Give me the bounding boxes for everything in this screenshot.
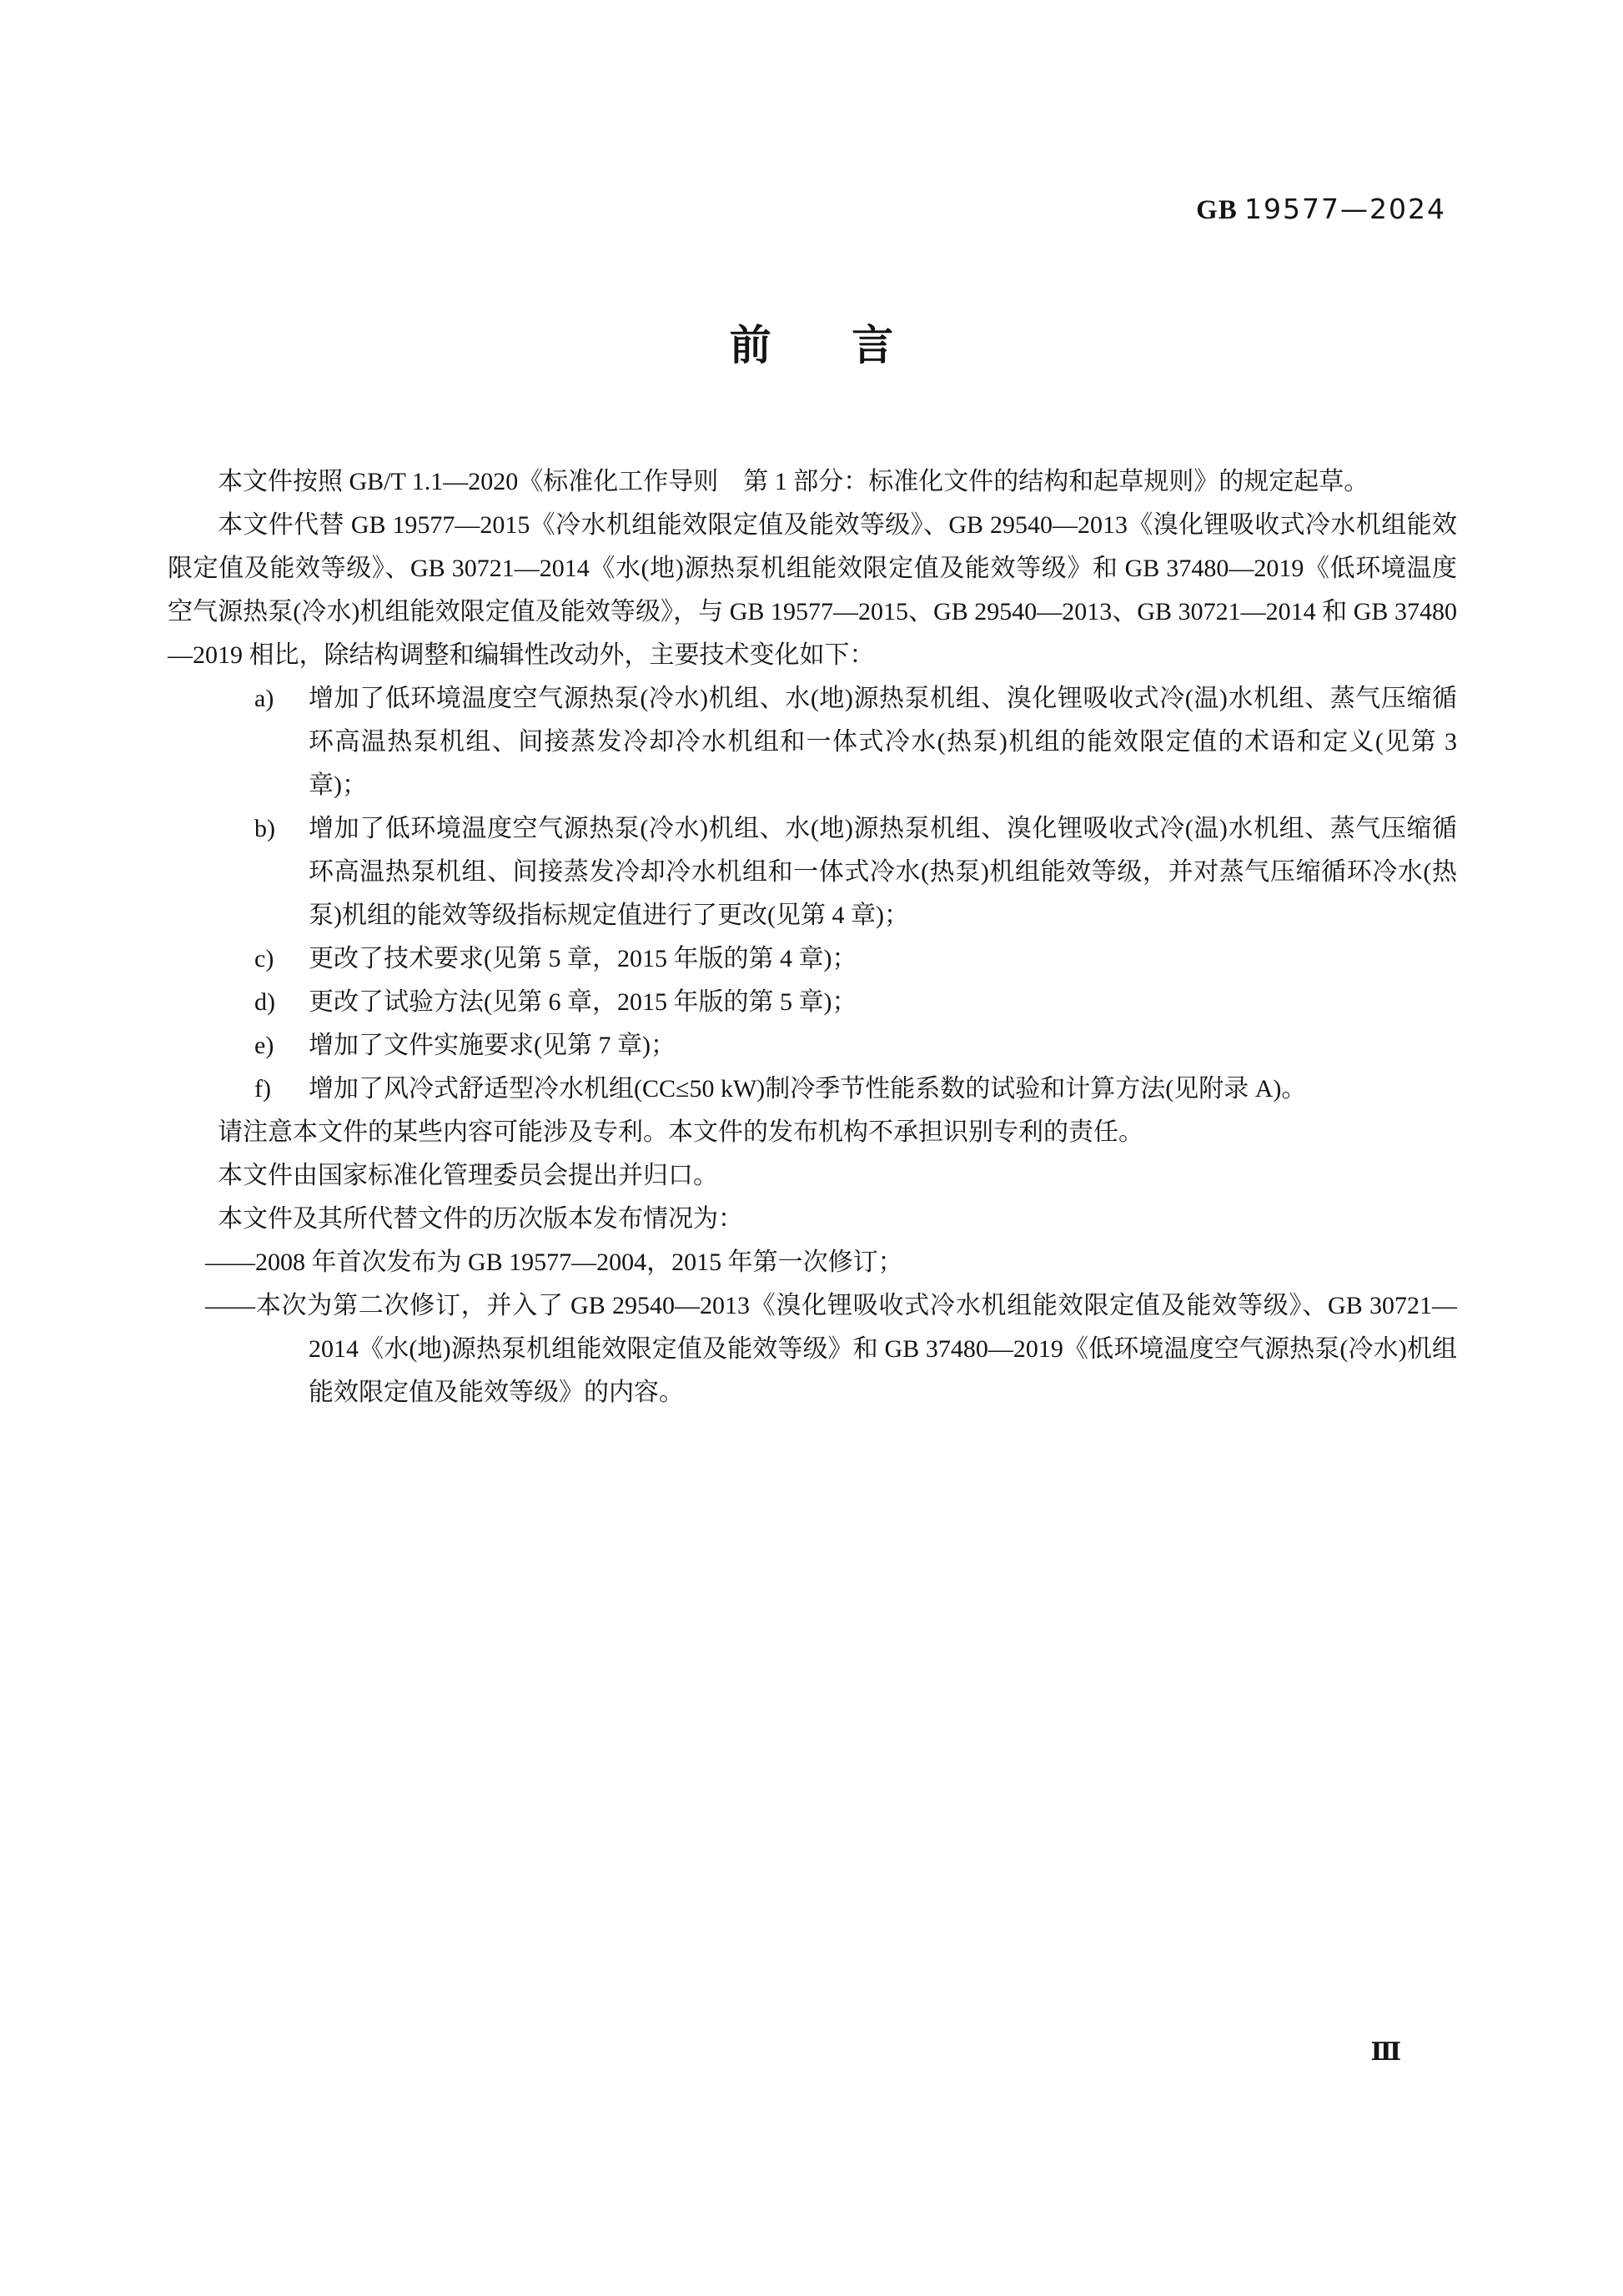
page-title-foreword: 前 言 (0, 320, 1623, 370)
change-item-d: d) 更改了试验方法(见第 6 章，2015 年版的第 5 章)； (168, 981, 1457, 1024)
change-item-c: c) 更改了技术要求(见第 5 章，2015 年版的第 4 章)； (168, 937, 1457, 981)
change-text-d: 更改了试验方法(见第 6 章，2015 年版的第 5 章)； (309, 988, 857, 1016)
change-text-f: 增加了风冷式舒适型冷水机组(CC≤50 kW)制冷季节性能系数的试验和计算方法(… (309, 1075, 1306, 1103)
paragraph-history-intro: 本文件及其所代替文件的历次版本发布情况为： (168, 1198, 1457, 1241)
paragraph-replacement: 本文件代替 GB 19577—2015《冷水机组能效限定值及能效等级》、GB 2… (168, 504, 1457, 677)
foreword-body: 本文件按照 GB/T 1.1—2020《标准化工作导则 第 1 部分：标准化文件… (168, 460, 1457, 1414)
change-marker-f: f) (254, 1068, 271, 1111)
standard-prefix: GB (1196, 195, 1238, 225)
change-marker-a: a) (254, 677, 274, 721)
change-marker-e: e) (254, 1024, 274, 1068)
change-text-c: 更改了技术要求(见第 5 章，2015 年版的第 4 章)； (309, 945, 857, 972)
change-marker-c: c) (254, 937, 274, 981)
change-text-a: 增加了低环境温度空气源热泵(冷水)机组、水(地)源热泵机组、溴化锂吸收式冷(温)… (309, 685, 1457, 799)
change-text-e: 增加了文件实施要求(见第 7 章)； (309, 1032, 676, 1059)
history-item-second-revision: ——本次为第二次修订，并入了 GB 29540—2013《溴化锂吸收式冷水机组能… (168, 1284, 1457, 1414)
standard-document-page: GB 19577—2024 前 言 本文件按照 GB/T 1.1—2020《标准… (0, 0, 1623, 2296)
title-char-1: 前 (730, 322, 771, 369)
change-item-f: f) 增加了风冷式舒适型冷水机组(CC≤50 kW)制冷季节性能系数的试验和计算… (168, 1068, 1457, 1111)
paragraph-patent-notice: 请注意本文件的某些内容可能涉及专利。本文件的发布机构不承担识别专利的责任。 (168, 1111, 1457, 1154)
change-item-b: b) 增加了低环境温度空气源热泵(冷水)机组、水(地)源热泵机组、溴化锂吸收式冷… (168, 807, 1457, 937)
page-number: Ⅲ (1370, 2037, 1401, 2067)
change-text-b: 增加了低环境温度空气源热泵(冷水)机组、水(地)源热泵机组、溴化锂吸收式冷(温)… (309, 815, 1457, 929)
standard-number-header: GB 19577—2024 (1196, 194, 1446, 225)
paragraph-drafting-basis: 本文件按照 GB/T 1.1—2020《标准化工作导则 第 1 部分：标准化文件… (168, 460, 1457, 504)
change-item-a: a) 增加了低环境温度空气源热泵(冷水)机组、水(地)源热泵机组、溴化锂吸收式冷… (168, 677, 1457, 807)
change-item-e: e) 增加了文件实施要求(见第 7 章)； (168, 1024, 1457, 1068)
standard-number: 19577—2024 (1244, 193, 1446, 225)
title-char-2: 言 (852, 322, 893, 369)
history-item-first-edition: ——2008 年首次发布为 GB 19577—2004，2015 年第一次修订； (168, 1241, 1457, 1284)
paragraph-issuing-body: 本文件由国家标准化管理委员会提出并归口。 (168, 1154, 1457, 1198)
change-marker-b: b) (254, 807, 275, 851)
change-marker-d: d) (254, 981, 275, 1024)
